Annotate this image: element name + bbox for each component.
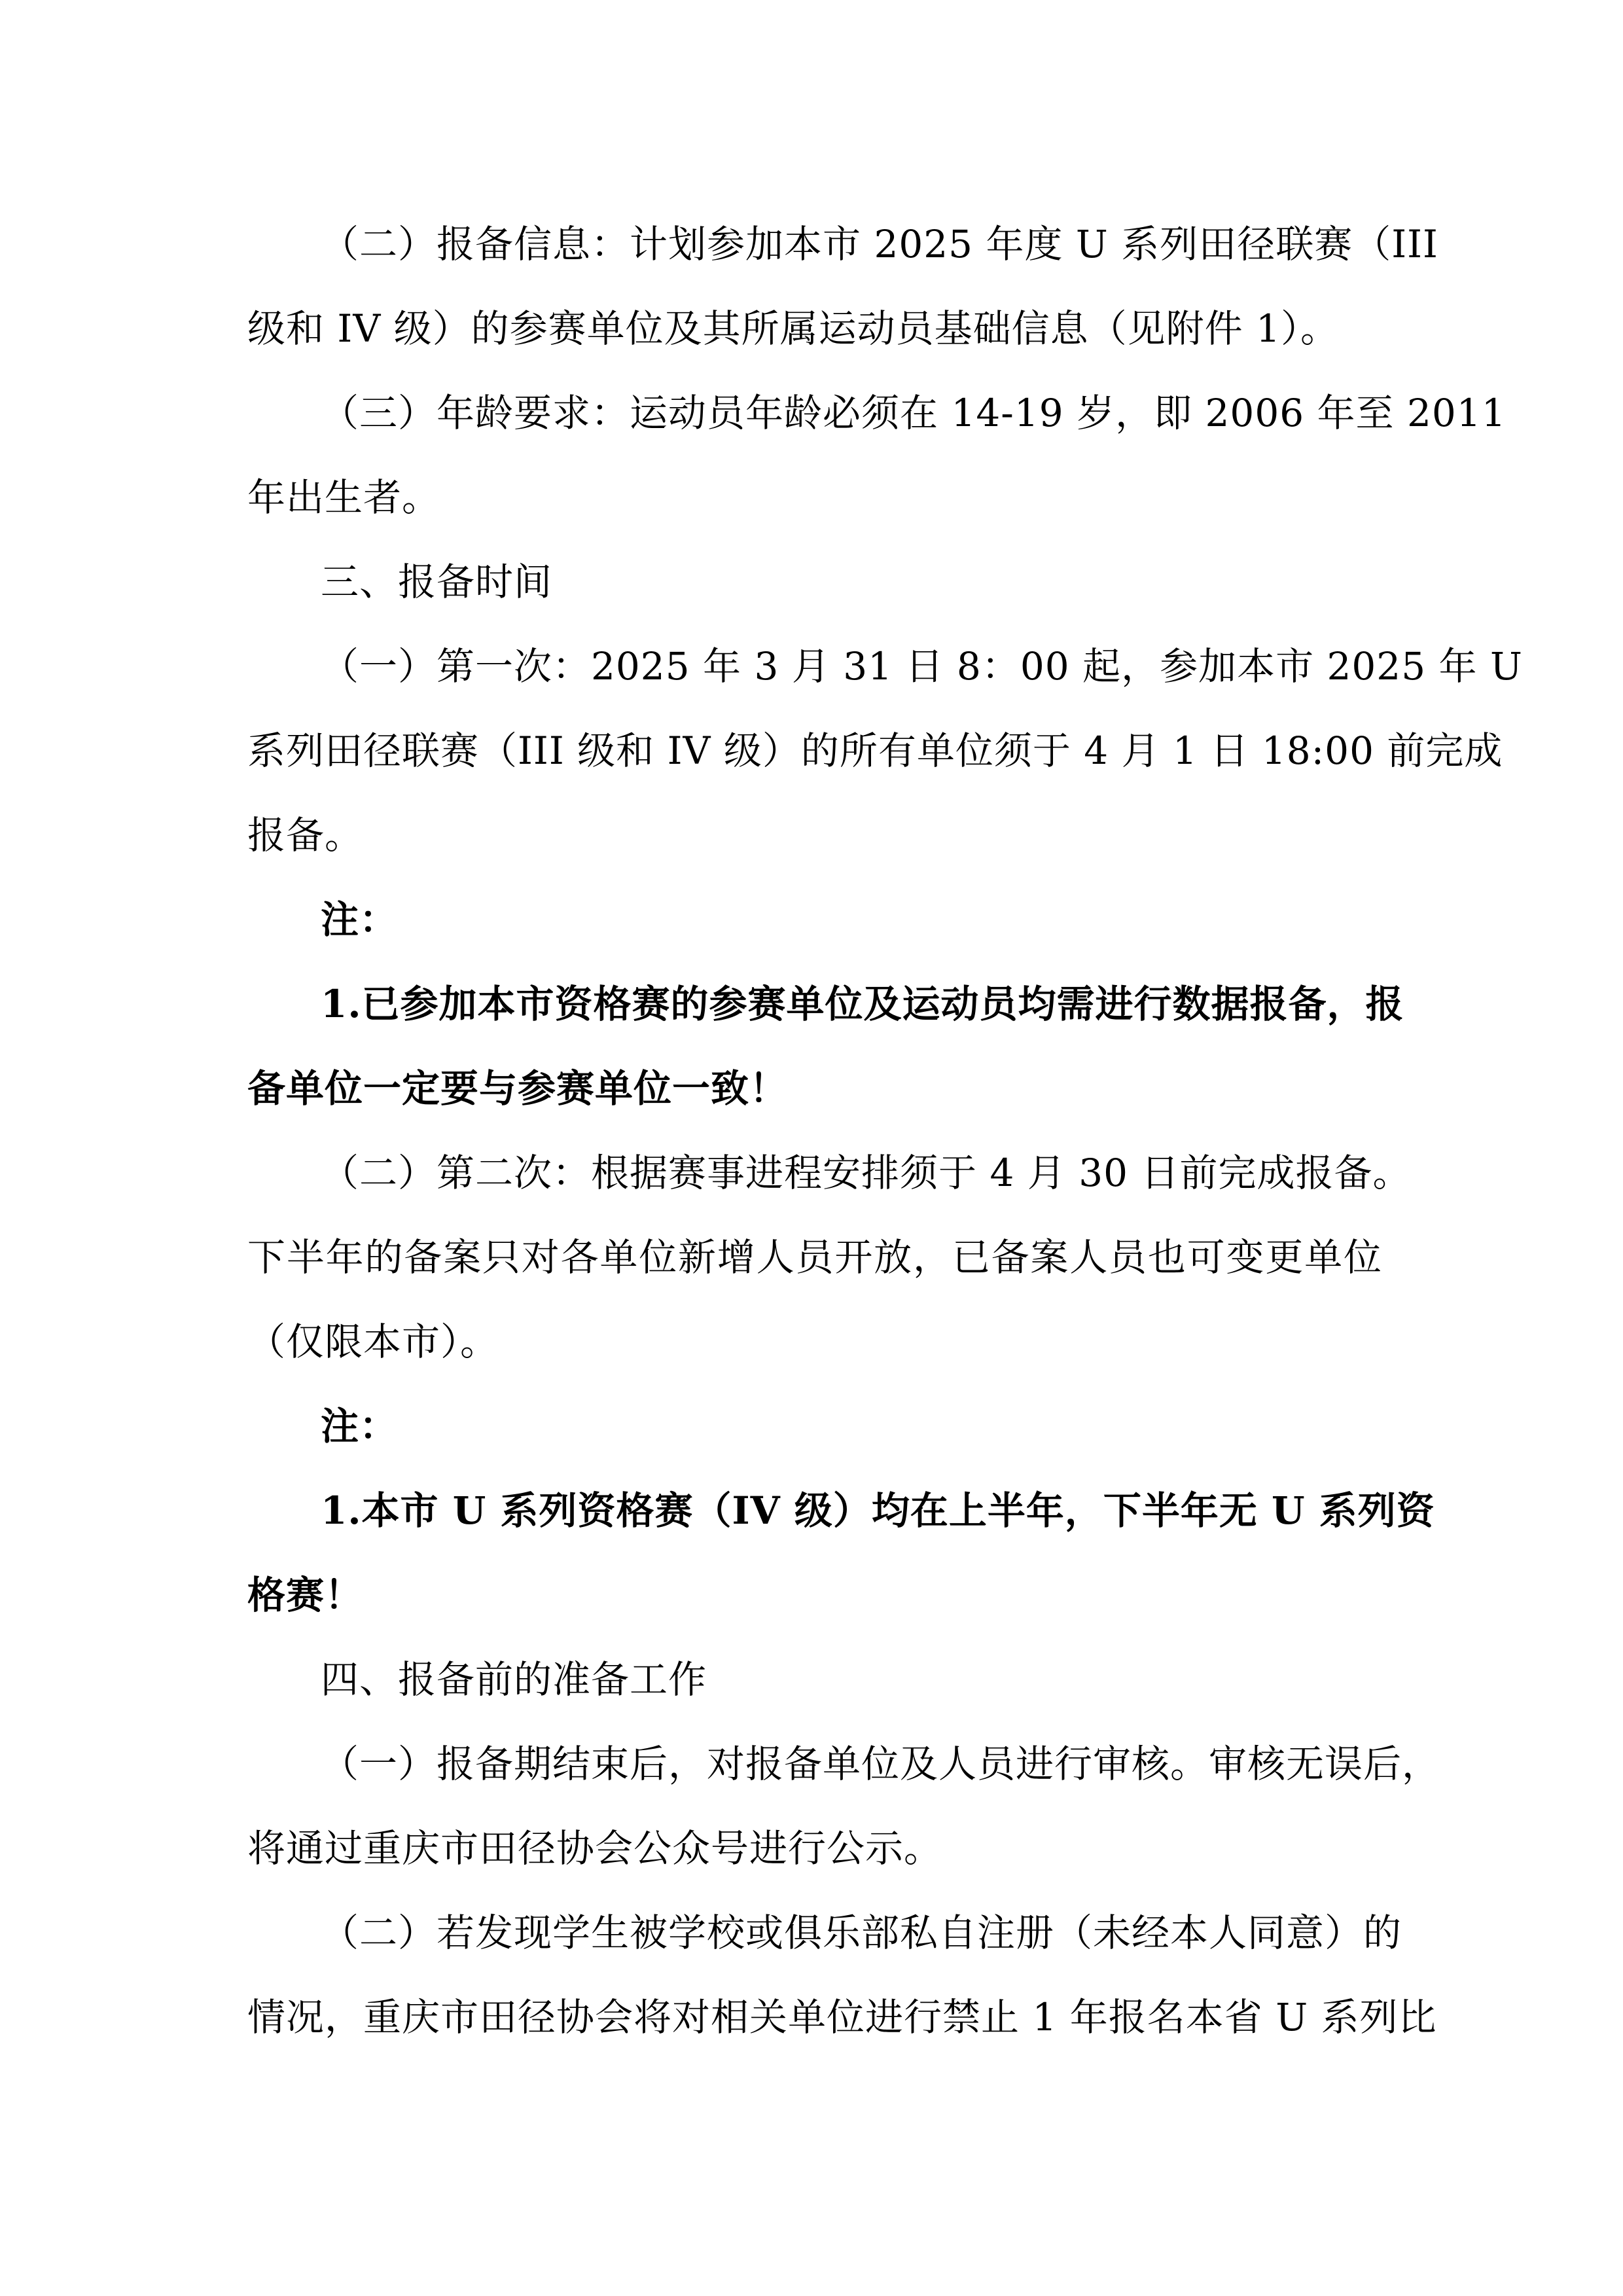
paragraph-age-requirement-line-2: 年出生者。 xyxy=(247,471,1382,524)
heading-report-time: 三、报备时间 xyxy=(321,556,1382,608)
paragraph-review-line-1: （一）报备期结束后，对报备单位及人员进行审核。审核无误后， xyxy=(321,1738,1382,1790)
paragraph-review-line-2: 将通过重庆市田径协会公众号进行公示。 xyxy=(247,1822,1382,1874)
paragraph-second-round-line-1: （二）第二次：根据赛事进程安排须于 4 月 30 日前完成报备。 xyxy=(321,1147,1382,1199)
paragraph-age-requirement-line-1: （三）年龄要求：运动员年龄必须在 14-19 岁，即 2006 年至 2011 xyxy=(321,387,1382,439)
paragraph-first-round-line-3: 报备。 xyxy=(247,809,1382,861)
note-1-line-2: 备单位一定要与参赛单位一致！ xyxy=(247,1062,1382,1115)
note-2-label: 注： xyxy=(321,1400,1382,1452)
note-1-line-1: 1.已参加本市资格赛的参赛单位及运动员均需进行数据报备，报 xyxy=(321,978,1382,1030)
paragraph-second-round-line-2: 下半年的备案只对各单位新增人员开放，已备案人员也可变更单位 xyxy=(247,1231,1382,1283)
paragraph-report-info-line-2: 级和 IV 级）的参赛单位及其所属运动员基础信息（见附件 1）。 xyxy=(247,302,1382,355)
paragraph-report-info-line-1: （二）报备信息：计划参加本市 2025 年度 U 系列田径联赛（III xyxy=(321,218,1382,270)
note-2-line-2: 格赛！ xyxy=(247,1569,1382,1621)
note-1-label: 注： xyxy=(321,893,1382,946)
paragraph-penalty-line-2: 情况，重庆市田径协会将对相关单位进行禁止 1 年报名本省 U 系列比 xyxy=(247,1991,1382,2043)
document-page: （二）报备信息：计划参加本市 2025 年度 U 系列田径联赛（III 级和 I… xyxy=(0,0,1623,2296)
paragraph-first-round-line-1: （一）第一次：2025 年 3 月 31 日 8：00 起，参加本市 2025 … xyxy=(321,640,1382,692)
paragraph-first-round-line-2: 系列田径联赛（III 级和 IV 级）的所有单位须于 4 月 1 日 18:00… xyxy=(247,725,1382,777)
paragraph-second-round-line-3: （仅限本市）。 xyxy=(247,1316,1382,1368)
paragraph-penalty-line-1: （二）若发现学生被学校或俱乐部私自注册（未经本人同意）的 xyxy=(321,1907,1382,1959)
heading-preparation: 四、报备前的准备工作 xyxy=(321,1653,1382,1706)
note-2-line-1: 1.本市 U 系列资格赛（IV 级）均在上半年，下半年无 U 系列资 xyxy=(321,1484,1382,1537)
